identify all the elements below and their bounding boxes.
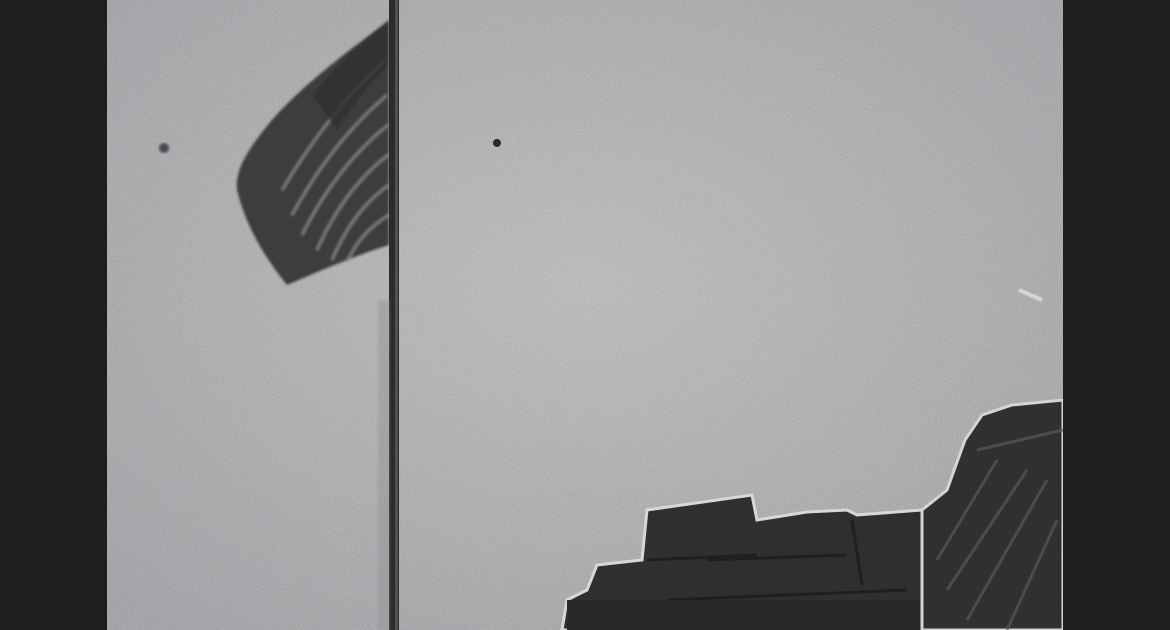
archival-photo xyxy=(107,0,1063,630)
letterbox-left xyxy=(0,0,107,630)
rocky-slope xyxy=(922,400,1063,630)
letterbox-right xyxy=(1063,0,1170,630)
building-rooftops xyxy=(562,480,927,630)
